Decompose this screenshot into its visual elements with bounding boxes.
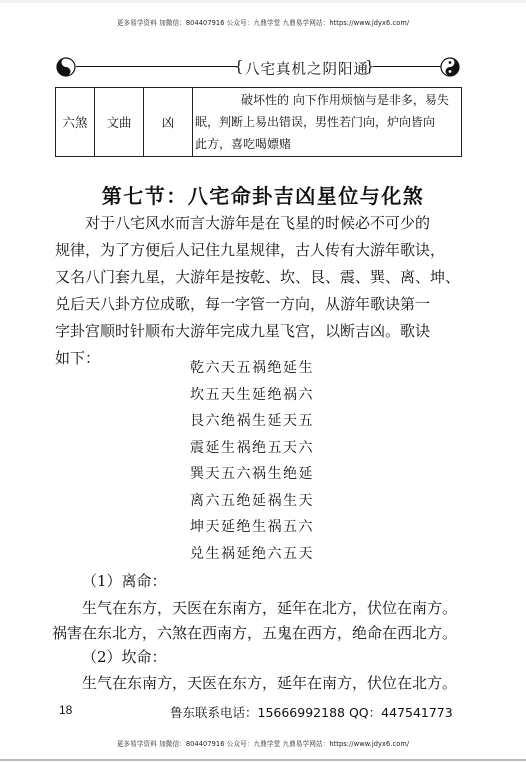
verse-line: 兑生祸延绝六五天: [190, 541, 314, 568]
header-rule-right: [373, 66, 441, 67]
verse-line: 离六五绝延祸生天: [190, 488, 314, 515]
paragraph-line: 对于八宅风水而言大游年是在飞星的时候必不可少的: [55, 210, 465, 237]
item-line: 生气在东南方，天医在东方，延年在南方，伏位在北方。: [82, 672, 457, 693]
watermark-top: 更多易学资料 加微信：804407916 公众号：九鼎学堂 九鼎易学网站：htt…: [0, 17, 526, 27]
footer-contact: 鲁东联系电话：15666992188 QQ：447541773: [170, 703, 453, 721]
intro-paragraph: 对于八宅风水而言大游年是在飞星的时候必不可少的 规律，为了方便后人记住九星规律，…: [55, 210, 465, 372]
verse-line: 乾六天五祸绝延生: [190, 355, 314, 382]
verse-block: 乾六天五祸绝延生 坎五天生延绝祸六 艮六绝祸生延天五 震延生祸绝五天六 巽天五六…: [190, 355, 314, 567]
item-heading-li: （1）离命：: [82, 570, 167, 591]
description-line: 此方，喜吃喝嫖赌: [195, 133, 459, 155]
table-row: 六煞 文曲 凶 破坏性的 向下作用烦恼与是非多，易失 眠，判断上易出错误，男性若…: [56, 88, 462, 157]
description-line: 眠，判断上易出错误，男性若门向，炉向皆向: [195, 111, 459, 133]
paragraph-line: 又名八门套九星，大游年是按乾、坎、艮、震、巽、离、坤、: [55, 264, 465, 291]
bottom-rule: [0, 759, 526, 761]
verse-line: 艮六绝祸生延天五: [190, 408, 314, 435]
running-header: { 八宅真机之阴阳通 }: [55, 55, 462, 79]
page-number: 18: [59, 703, 72, 717]
header-title: 八宅真机之阴阳通: [245, 58, 365, 79]
item-line: 祸害在东北方，六煞在西南方，五鬼在西方，绝命在西北方。: [52, 622, 457, 643]
item-line: 生气在东方，天医在东南方，延年在北方，伏位在南方。: [82, 597, 457, 618]
paragraph-line: 字卦宫顺时针顺布大游年完成九星飞宫，以断吉凶。歌诀: [55, 318, 465, 345]
paragraph-line: 规律，为了方便后人记住九星规律，古人传有大游年歌诀，: [55, 237, 465, 264]
cell-description: 破坏性的 向下作用烦恼与是非多，易失 眠，判断上易出错误，男性若门向，炉向皆向 …: [193, 88, 462, 157]
verse-line: 坤天延绝生祸五六: [190, 514, 314, 541]
cell-star: 文曲: [95, 88, 144, 157]
yin-yang-icon: [56, 57, 76, 77]
verse-line: 震延生祸绝五天六: [190, 435, 314, 462]
paragraph-line: 兑后天八卦方位成歌，每一字管一方向，从游年歌诀第一: [55, 291, 465, 318]
verse-line: 巽天五六祸生绝延: [190, 461, 314, 488]
verse-line: 坎五天生延绝祸六: [190, 382, 314, 409]
watermark-bottom: 更多易学资料 加微信：804407916 公众号：九鼎学堂 九鼎易学网站：htt…: [0, 738, 526, 748]
description-line: 破坏性的 向下作用烦恼与是非多，易失: [195, 89, 459, 111]
cell-fortune: 凶: [144, 88, 193, 157]
cell-name: 六煞: [56, 88, 95, 157]
yin-yang-icon: [440, 57, 460, 77]
item-heading-kan: （2）坎命：: [82, 646, 167, 667]
header-rule-left: [76, 66, 237, 67]
left-brace-ornament: {: [234, 57, 244, 75]
section-title: 第七节：八宅命卦吉凶星位与化煞: [0, 180, 526, 209]
top-edge: [0, 0, 526, 3]
star-table: 六煞 文曲 凶 破坏性的 向下作用烦恼与是非多，易失 眠，判断上易出错误，男性若…: [55, 87, 462, 157]
